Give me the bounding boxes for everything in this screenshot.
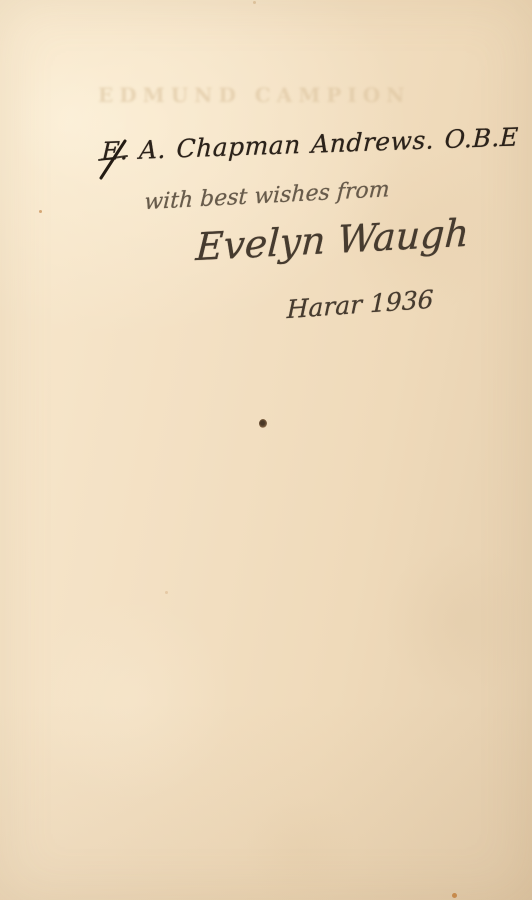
inscription-signature: Evelyn Waugh [195, 211, 471, 269]
inscription-place-date: Harar 1936 [286, 285, 433, 324]
handwritten-inscription: E. A. Chapman Andrews. O.B.E with best w… [0, 0, 532, 900]
inscription-greeting: with best wishes from [144, 177, 390, 215]
book-page-photo: EDMUND CAMPION E. A. Chapman Andrews. O.… [0, 0, 532, 900]
inscription-recipient: E. A. Chapman Andrews. O.B.E [101, 122, 519, 166]
